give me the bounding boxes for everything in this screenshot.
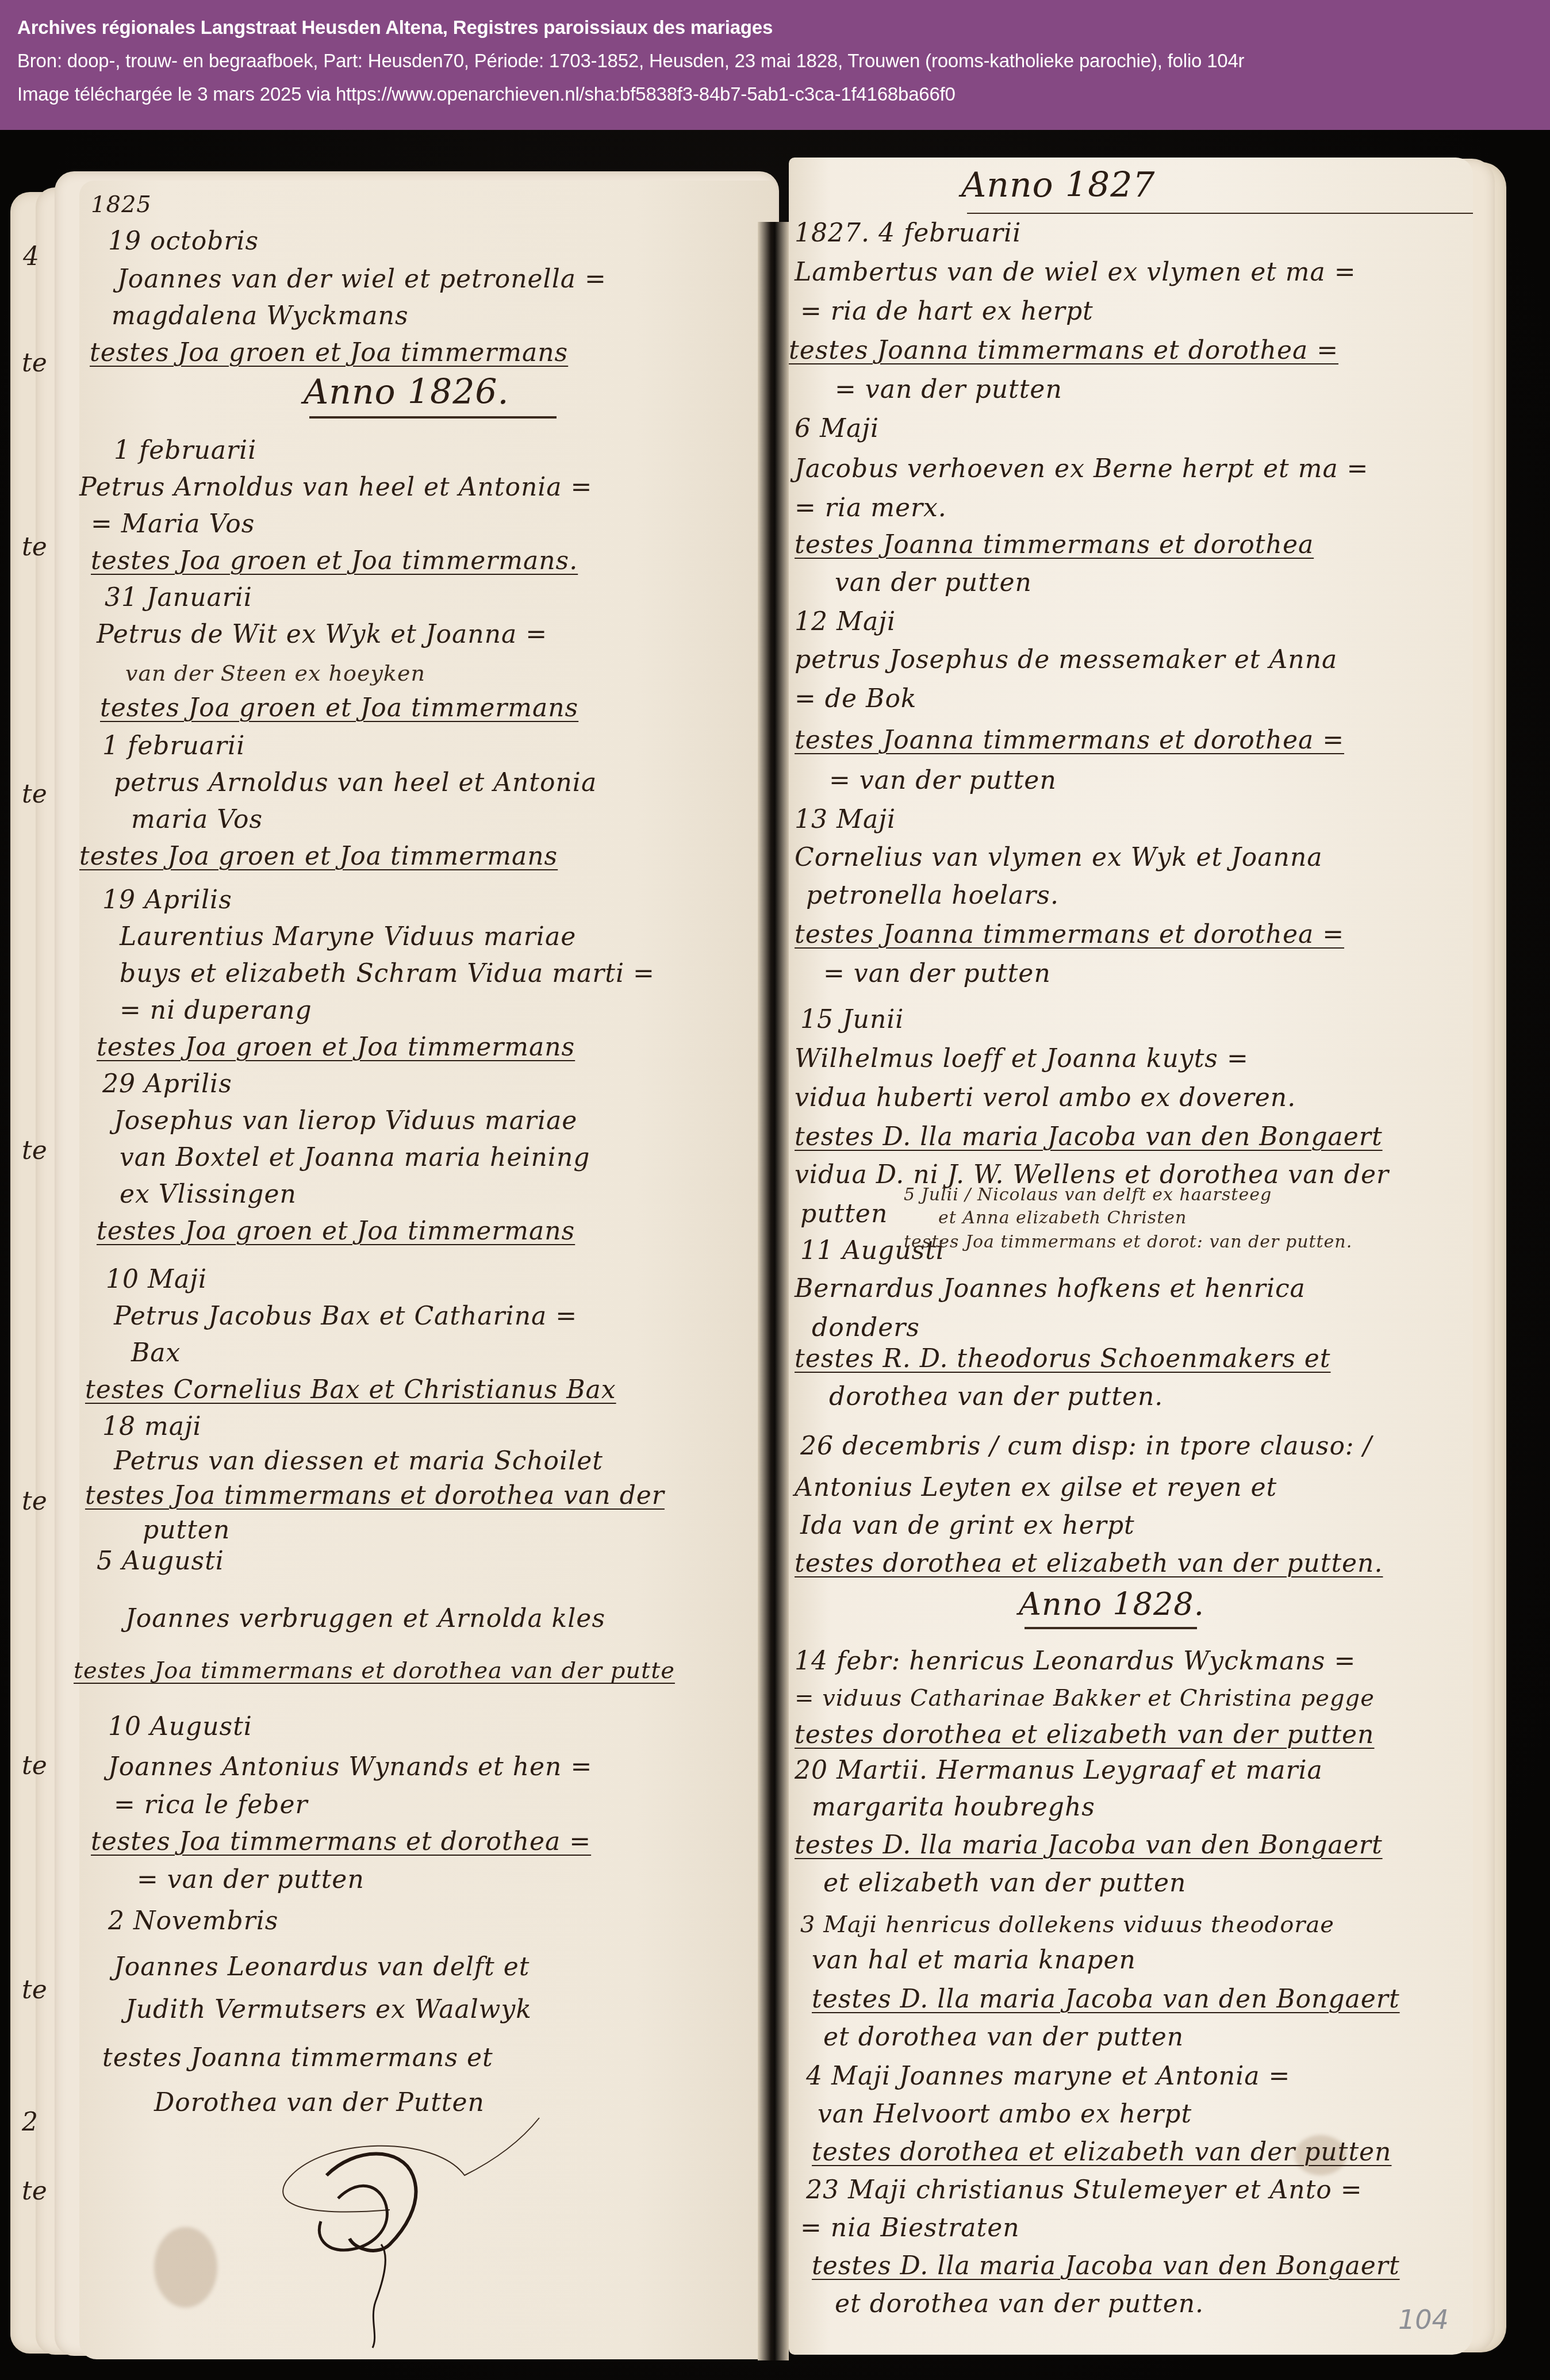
entry-line: Petrus van diessen et maria Schoilet [114,1449,603,1474]
entry-date: 31 Januarii [105,585,252,611]
entry-line: maria Vos [131,807,263,832]
entry-date: 19 octobris [108,229,259,254]
source-description: Bron: doop-, trouw- en begraafboek, Part… [17,49,1533,72]
entry-date: 2 Novembris [108,1909,278,1934]
entry-date: 5 Augusti [97,1549,224,1574]
entry-line: Joannes van der wiel et petronella = [117,267,607,292]
witness-line: testes dorothea et elizabeth van der put… [812,2140,1391,2165]
entry-line: et dorothea van der putten [823,2025,1184,2050]
entry-line: Petrus de Wit ex Wyk et Joanna = [97,622,547,647]
archive-info-banner: Archives régionales Langstraat Heusden A… [0,0,1550,130]
entry-date: 13 Maji [795,807,896,832]
witness-line: testes D. lla maria Jacoba van den Bonga… [795,1833,1383,1858]
entry-line: Lambertus van de wiel ex vlymen et ma = [795,260,1356,285]
witness-line: testes Joanna timmermans et dorothea = [789,338,1338,363]
interlinear-note: testes Joa timmermans et dorot: van der … [904,1234,1352,1251]
witness-line: testes Joanna timmermans et dorothea [795,532,1314,558]
entry-line: Jacobus verhoeven ex Berne herpt et ma = [795,456,1368,482]
entry-line: 4 Maji Joannes maryne et Antonia = [806,2064,1290,2089]
entry-line: 3 Maji henricus dollekens viduus theodor… [800,1913,1334,1936]
entry-date: 15 Junii [800,1007,904,1032]
entry-line: Wilhelmus loeff et Joanna kuyts = [795,1046,1249,1072]
entry-line: = van der putten [137,1867,365,1893]
heading-rule [967,213,1473,214]
entry-line: van Helvoort ambo ex herpt [818,2102,1192,2127]
witness-line: testes Joa groen et Joa timmermans [90,340,568,366]
year-heading-1828: Anno 1828. [1019,1589,1204,1620]
margin-fragment: 4 [23,242,39,271]
witness-line: testes Joanna timmermans et dorothea = [795,728,1344,753]
entry-line: vidua D. ni J. W. Wellens et dorothea va… [795,1162,1389,1188]
heading-underline [309,416,557,419]
interlinear-note: et Anna elizabeth Christen [938,1210,1187,1227]
margin-fragment: te [22,2176,47,2206]
entry-line: et elizabeth van der putten [823,1871,1186,1896]
folio-number: 104 [1398,2304,1449,2335]
entry-line: petronella hoelars. [806,883,1059,908]
entry-line: Petrus Jacobus Bax et Catharina = [114,1304,577,1329]
margin-fragment: te [22,1487,47,1516]
closing-flourish [217,2112,620,2354]
entry-line: = rica le feber [114,1792,308,1818]
entry-line: Judith Vermutsers ex Waalwyk [125,1997,532,2022]
entry-line: putten [800,1201,888,1227]
margin-fragment: te [22,532,47,562]
margin-fragment: te [22,1751,47,1780]
scan-image: 4 te te te te te te te 2 te 1825 19 octo… [0,130,1550,2380]
margin-fragment: te [22,348,47,378]
witness-line: testes Joa groen et Joa timmermans [97,1035,575,1060]
margin-fragment: 2 [22,2108,38,2137]
entry-line: = ni duperang [120,998,312,1023]
entry-line: donders [812,1315,920,1341]
entry-line: = van der putten [835,377,1062,402]
witness-line: testes Joa groen et Joa timmermans [100,696,578,721]
entry-line: Laurentius Maryne Viduus mariae [120,924,576,950]
witness-line: testes Joa groen et Joa timmermans [97,1219,575,1244]
entry-line: petrus Arnoldus van heel et Antonia [114,770,597,796]
entry-line: Cornelius van vlymen ex Wyk et Joanna [795,845,1322,870]
archive-title: Archives régionales Langstraat Heusden A… [17,16,1533,39]
entry-date: 1 februarii [102,734,245,759]
entry-line: margarita houbreghs [812,1795,1095,1820]
entry-date: 10 Augusti [108,1714,252,1740]
entry-date: 1827. 4 februarii [795,221,1021,246]
witness-line: testes D. lla maria Jacoba van den Bonga… [795,1124,1383,1150]
witness-line: testes R. D. theodorus Schoenmakers et [795,1346,1330,1372]
entry-line: = ria merx. [795,496,947,521]
entry-line: van der Steen ex hoeyken [125,662,425,684]
witness-line: testes Joanna timmermans et [102,2045,493,2071]
entry-date: 18 maji [102,1414,202,1439]
entry-line: 20 Martii. Hermanus Leygraaf et maria [795,1758,1323,1783]
witness-line: testes Cornelius Bax et Christianus Bax [85,1377,616,1403]
entry-line: Petrus Arnoldus van heel et Antonia = [79,475,592,500]
entry-line: = Maria Vos [91,512,255,537]
margin-fragment: te [22,1136,47,1165]
entry-line: = ria de hart ex herpt [800,299,1094,324]
entry-line: = van der putten [829,768,1057,793]
entry-line: Joannes Leonardus van delft et [114,1955,530,1980]
witness-line: testes Joanna timmermans et dorothea = [795,922,1344,947]
interlinear-note: 5 Julii / Nicolaus van delft ex haarstee… [904,1187,1272,1204]
witness-line: testes Joa groen et Joa timmermans. [91,548,578,574]
entry-date: 1 februarii [114,438,256,463]
year-note: 1825 [91,193,152,216]
entry-line: = viduus Catharinae Bakker et Christina … [795,1687,1375,1710]
entry-line: vidua huberti verol ambo ex doveren. [795,1085,1296,1111]
witness-line: testes D. lla maria Jacoba van den Bonga… [812,2254,1400,2279]
witness-line: testes Joa groen et Joa timmermans [79,844,558,869]
entry-line: = nia Biestraten [800,2216,1020,2241]
entry-line: petrus Josephus de messemaker et Anna [795,647,1337,673]
entry-line: et dorothea van der putten. [835,2291,1204,2317]
entry-line: = van der putten [823,961,1051,986]
entry-line: putten [143,1518,230,1543]
witness-line: testes dorothea et elizabeth van der put… [795,1551,1383,1576]
entry-line: Josephus van lierop Viduus mariae [114,1108,577,1134]
right-page: Anno 1827 1827. 4 februarii Lambertus va… [789,158,1473,2355]
entry-date: 26 decembris / cum disp: in tpore clauso… [800,1434,1372,1459]
entry-line: van hal et maria knapen [812,1948,1136,1973]
witness-line: testes Joa timmermans et dorothea van de… [85,1483,665,1508]
entry-line: 23 Maji christianus Stulemeyer et Anto = [806,2178,1363,2203]
witness-line: testes Joa timmermans et dorothea van de… [74,1659,675,1682]
entry-line: Joannes verbruggen et Arnolda kles [125,1606,605,1632]
entry-line: buys et elizabeth Schram Vidua marti = [120,961,655,986]
entry-line: van der putten [835,570,1032,596]
entry-date: 12 Maji [795,609,896,635]
entry-line: Antonius Leyten ex gilse et reyen et [795,1475,1277,1500]
entry-line: 14 febr: henricus Leonardus Wyckmans = [795,1649,1356,1674]
book-gutter [758,222,789,2360]
entry-date: 19 Aprilis [102,888,232,913]
entry-line: Bax [131,1341,181,1366]
entry-line: Ida van de grint ex herpt [800,1513,1135,1538]
heading-underline [1025,1627,1197,1629]
entry-date: 29 Aprilis [102,1072,232,1097]
entry-line: ex Vlissingen [120,1182,297,1207]
margin-fragment: te [22,1975,47,2005]
download-info: Image téléchargée le 3 mars 2025 via htt… [17,83,1533,106]
margin-fragment: te [22,780,47,809]
year-heading-1826: Anno 1826. [304,375,509,409]
water-stain [154,2227,217,2308]
entry-line: van Boxtel et Joanna maria heining [120,1145,590,1170]
entry-date: 10 Maji [106,1267,207,1292]
entry-line: Joannes Antonius Wynands et hen = [108,1755,592,1780]
entry-date: 6 Maji [795,416,879,442]
entry-line: magdalena Wyckmans [112,304,408,329]
entry-line: = de Bok [795,686,917,712]
year-heading-1827: Anno 1827 [961,168,1156,202]
left-page: 1825 19 octobris Joannes van der wiel et… [79,181,776,2359]
witness-line: testes D. lla maria Jacoba van den Bonga… [812,1987,1400,2012]
witness-line: testes dorothea et elizabeth van der put… [795,1722,1374,1748]
entry-line: Bernardus Joannes hofkens et henrica [795,1276,1306,1302]
witness-line: testes Joa timmermans et dorothea = [91,1829,591,1855]
entry-line: dorothea van der putten. [829,1384,1163,1410]
